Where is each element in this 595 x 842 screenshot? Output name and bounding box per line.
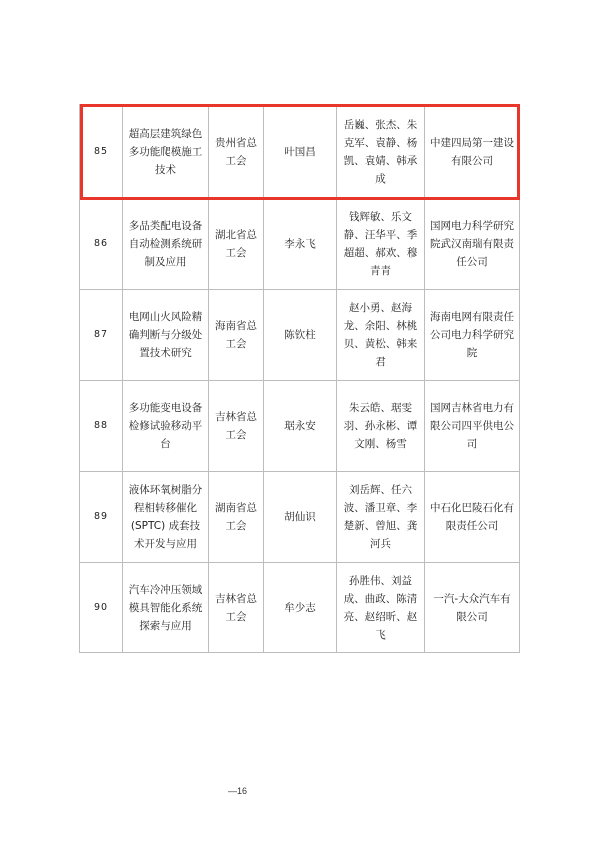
project-name: 多功能变电设备 检修试验移动平 台 xyxy=(123,381,209,472)
project-name: 汽车冷冲压领域 模具智能化系统 探索与应用 xyxy=(123,563,209,653)
team-members: 朱云皓、琚雯 羽、孙永彬、谭 文刚、杨雪 xyxy=(337,381,425,472)
project-name: 电网山火风险精 确判断与分级处 置技术研究 xyxy=(123,290,209,381)
team-members: 刘岳辉、任六 波、潘卫章、李 楚新、曾旭、龚 河兵 xyxy=(337,472,425,563)
award-table: 85 超高层建筑绿色 多功能爬模施工 技术 贵州省总 工会 叶国昌 岳巍、张杰、… xyxy=(79,104,520,653)
organization: 中石化巴陵石化有 限责任公司 xyxy=(425,472,520,563)
row-number: 86 xyxy=(80,199,123,290)
page-number: —16 xyxy=(228,786,247,796)
row-number: 90 xyxy=(80,563,123,653)
table-row: 85 超高层建筑绿色 多功能爬模施工 技术 贵州省总 工会 叶国昌 岳巍、张杰、… xyxy=(80,105,520,199)
document-page: 85 超高层建筑绿色 多功能爬模施工 技术 贵州省总 工会 叶国昌 岳巍、张杰、… xyxy=(0,0,595,842)
team-leader: 胡仙识 xyxy=(264,472,337,563)
table-row: 90 汽车冷冲压领域 模具智能化系统 探索与应用 吉林省总 工会 牟少志 孙胜伟… xyxy=(80,563,520,653)
team-leader: 叶国昌 xyxy=(264,105,337,199)
row-number: 87 xyxy=(80,290,123,381)
organization: 国网电力科学研究 院武汉南瑞有限责 任公司 xyxy=(425,199,520,290)
nominating-union: 吉林省总 工会 xyxy=(209,381,264,472)
team-members: 赵小勇、赵海 龙、余阳、林桃 贝、黄松、韩来 君 xyxy=(337,290,425,381)
team-leader: 陈钦柱 xyxy=(264,290,337,381)
organization: 国网吉林省电力有 限公司四平供电公 司 xyxy=(425,381,520,472)
table-row: 89 液体环氧树脂分 程相转移催化 (SPTC) 成套技 术开发与应用 湖南省总… xyxy=(80,472,520,563)
project-name: 超高层建筑绿色 多功能爬模施工 技术 xyxy=(123,105,209,199)
row-number: 89 xyxy=(80,472,123,563)
team-members: 岳巍、张杰、朱 克军、袁静、杨 凯、袁婧、韩承 成 xyxy=(337,105,425,199)
project-name: 多品类配电设备 自动检测系统研 制及应用 xyxy=(123,199,209,290)
table-row: 88 多功能变电设备 检修试验移动平 台 吉林省总 工会 琚永安 朱云皓、琚雯 … xyxy=(80,381,520,472)
organization: 一汽-大众汽车有 限公司 xyxy=(425,563,520,653)
row-number: 85 xyxy=(80,105,123,199)
nominating-union: 湖北省总 工会 xyxy=(209,199,264,290)
team-leader: 李永飞 xyxy=(264,199,337,290)
row-number: 88 xyxy=(80,381,123,472)
nominating-union: 湖南省总 工会 xyxy=(209,472,264,563)
team-members: 钱辉敏、乐文 静、汪华平、季 超超、郝欢、穆 青青 xyxy=(337,199,425,290)
nominating-union: 吉林省总 工会 xyxy=(209,563,264,653)
team-leader: 琚永安 xyxy=(264,381,337,472)
nominating-union: 贵州省总 工会 xyxy=(209,105,264,199)
table-row: 87 电网山火风险精 确判断与分级处 置技术研究 海南省总 工会 陈钦柱 赵小勇… xyxy=(80,290,520,381)
nominating-union: 海南省总 工会 xyxy=(209,290,264,381)
organization: 中建四局第一建设 有限公司 xyxy=(425,105,520,199)
team-members: 孙胜伟、刘益 成、曲政、陈清 亮、赵绍昕、赵 飞 xyxy=(337,563,425,653)
project-name: 液体环氧树脂分 程相转移催化 (SPTC) 成套技 术开发与应用 xyxy=(123,472,209,563)
table-row: 86 多品类配电设备 自动检测系统研 制及应用 湖北省总 工会 李永飞 钱辉敏、… xyxy=(80,199,520,290)
team-leader: 牟少志 xyxy=(264,563,337,653)
organization: 海南电网有限责任 公司电力科学研究 院 xyxy=(425,290,520,381)
